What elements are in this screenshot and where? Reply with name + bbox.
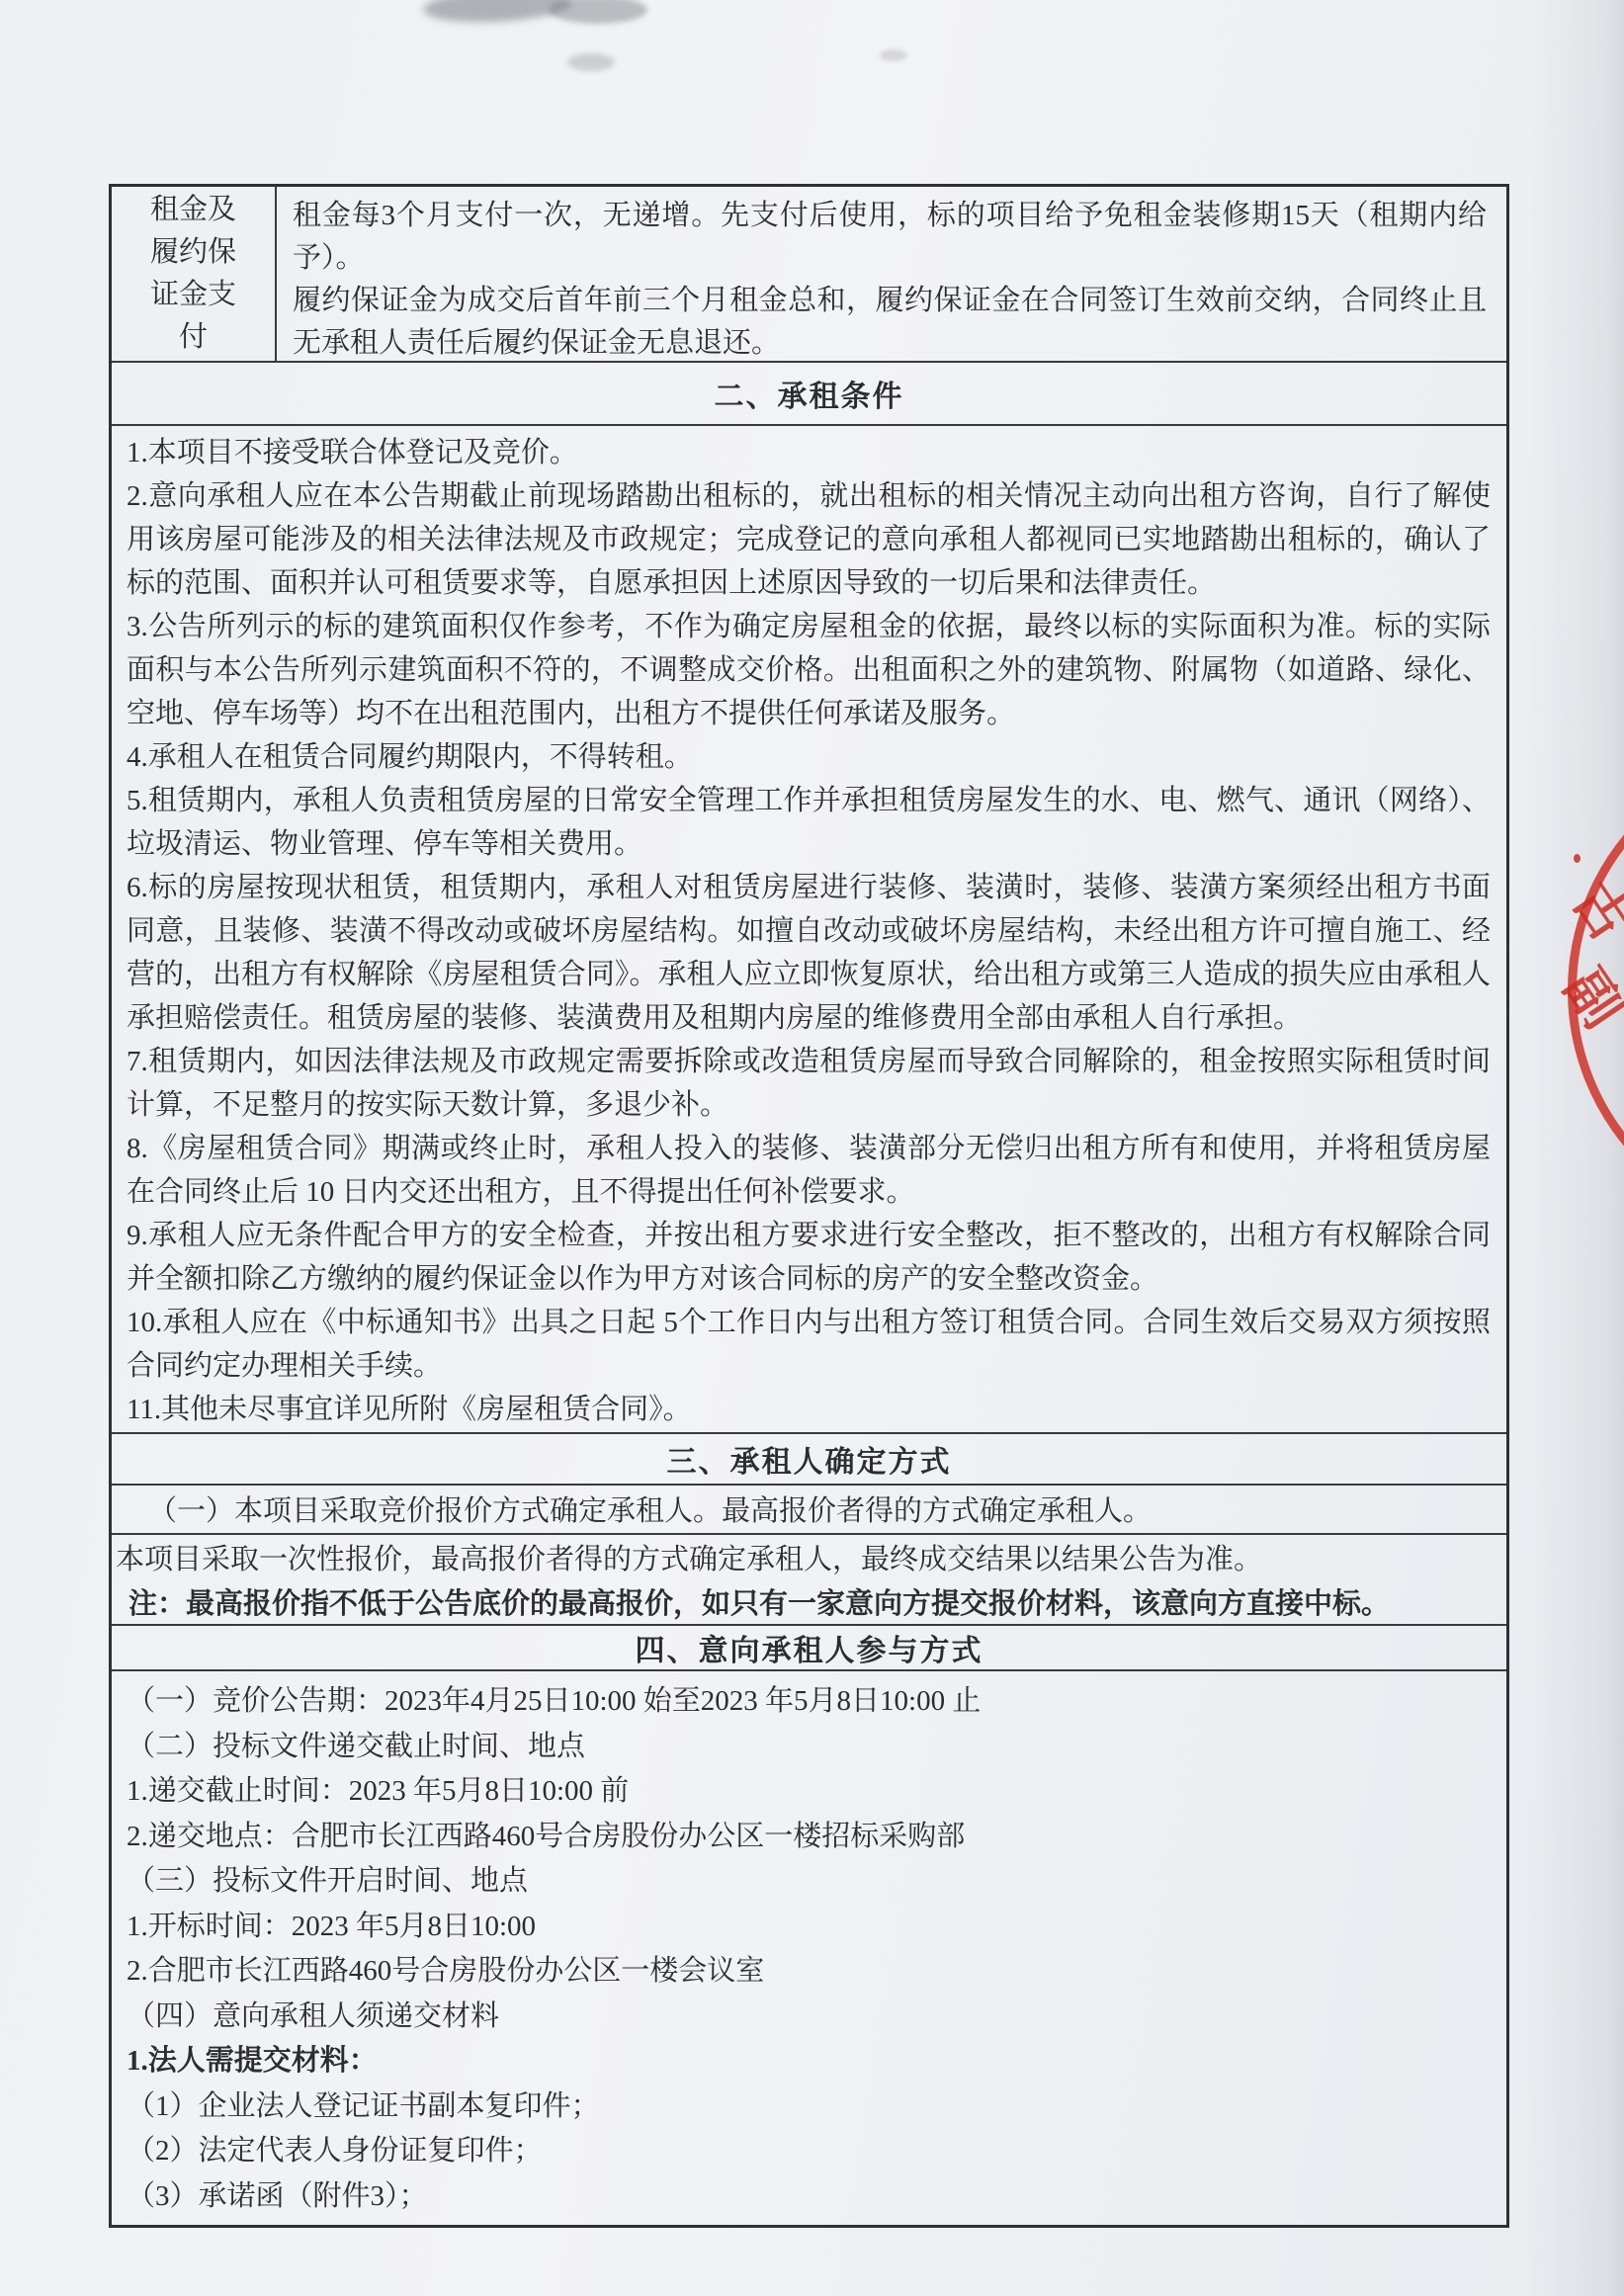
material-item-3: （3）承诺函（附件3）； — [127, 2174, 1491, 2220]
section2-title: 二、承租条件 — [715, 372, 904, 415]
condition-item-4: 4.承租人在租赁合同履约期限内，不得转租。 — [127, 735, 1491, 779]
opening-location: 2.合肥市长江西路460号合房股份办公区一楼会议室 — [127, 1949, 1491, 1995]
condition-item-8: 8.《房屋租赁合同》期满或终止时，承租人投入的装修、装潢部分无偿归出租方所有和使… — [127, 1127, 1491, 1214]
announcement-table: 租金及履约保证金支付 租金每3个月支付一次，无递增。先支付后使用，标的项目给予免… — [109, 184, 1509, 2228]
section4-body: （一）竞价公告期：2023年4月25日10:00 始至2023 年5月8日10:… — [112, 1669, 1506, 2225]
scan-smudge — [549, 0, 647, 24]
condition-item-1: 1.本项目不接受联合体登记及竞价。 — [127, 431, 1491, 474]
section3-row1: （一）本项目采取竞价报价方式确定承租人。最高报价者得的方式确定承租人。 — [112, 1484, 1506, 1533]
condition-item-10: 10.承租人应在《中标通知书》出具之日起 5个工作日内与出租方签订租赁合同。合同… — [127, 1301, 1491, 1388]
condition-item-9: 9.承租人应无条件配合甲方的安全检查，并按出租方要求进行安全整改，拒不整改的，出… — [127, 1214, 1491, 1301]
scan-smudge — [567, 53, 615, 71]
scan-smudge — [880, 49, 907, 61]
section2-header: 二、承租条件 — [112, 361, 1506, 424]
seal-dot-icon — [1574, 854, 1581, 863]
deposit-paragraph: 履约保证金为成交后首年前三个月租金总和，履约保证金在合同签订生效前交纳，合同终止… — [293, 280, 1487, 361]
section4-header: 四、意向承租人参与方式 — [112, 1624, 1506, 1669]
section3-row2: 本项目采取一次性报价，最高报价者得的方式确定承租人，最终成交结果以结果公告为准。… — [112, 1533, 1506, 1624]
section4-title: 四、意向承租人参与方式 — [636, 1626, 983, 1669]
opening-time: 1.开标时间：2023 年5月8日10:00 — [127, 1905, 1491, 1950]
condition-item-5: 5.租赁期内，承租人负责租赁房屋的日常安全管理工作并承担租赁房屋发生的水、电、燃… — [127, 779, 1491, 866]
one-time-bid-line: 本项目采取一次性报价，最高报价者得的方式确定承租人，最终成交结果以结果公告为准。 — [116, 1538, 1491, 1582]
scanned-document-page: 租金及履约保证金支付 租金每3个月支付一次，无递增。先支付后使用，标的项目给予免… — [0, 0, 1624, 2296]
material-item-1: （1）企业法人登记证书副本复印件； — [127, 2084, 1491, 2130]
bid-period-line: （一）竞价公告期：2023年4月25日10:00 始至2023 年5月8日10:… — [127, 1679, 1491, 1725]
section2-body: 1.本项目不接受联合体登记及竞价。 2.意向承租人应在本公告期截止前现场踏勘出租… — [112, 424, 1506, 1432]
condition-item-3: 3.公告所列示的标的建筑面积仅作参考，不作为确定房屋租金的依据，最终以标的实际面… — [127, 605, 1491, 735]
opening-time-heading: （三）投标文件开启时间、地点 — [127, 1859, 1491, 1905]
payment-row-content: 租金每3个月支付一次，无递增。先支付后使用，标的项目给予免租金装修期15天（租期… — [277, 187, 1506, 361]
section3-header: 三、承租人确定方式 — [112, 1432, 1506, 1484]
condition-item-7: 7.租赁期内，如因法律法规及市政规定需要拆除或改造租赁房屋而导致合同解除的，租金… — [127, 1040, 1491, 1127]
condition-item-2: 2.意向承租人应在本公告期截止前现场踏勘出租标的，就出租标的相关情况主动向出租方… — [127, 474, 1491, 605]
section3-title: 三、承租人确定方式 — [667, 1437, 952, 1481]
submission-deadline-heading: （二）投标文件递交截止时间、地点 — [127, 1725, 1491, 1770]
payment-label-text: 租金及履约保证金支付 — [149, 189, 238, 359]
submission-deadline-time: 1.递交截止时间：2023 年5月8日10:00 前 — [127, 1769, 1491, 1815]
materials-heading: （四）意向承租人须递交材料 — [127, 1995, 1491, 2040]
payment-row-label: 租金及履约保证金支付 — [112, 187, 277, 361]
highest-bid-note: 注：最高报价指不低于公告底价的最高报价，如只有一家意向方提交报价材料，该意向方直… — [128, 1582, 1491, 1624]
legal-person-materials-heading: 1.法人需提交材料： — [127, 2039, 1491, 2084]
payment-row: 租金及履约保证金支付 租金每3个月支付一次，无递增。先支付后使用，标的项目给予免… — [112, 187, 1506, 361]
material-item-2: （2）法定代表人身份证复印件； — [127, 2129, 1491, 2174]
condition-item-11: 11.其他未尽事宜详见所附《房屋租赁合同》。 — [127, 1388, 1491, 1431]
condition-item-6: 6.标的房屋按现状租赁，租赁期内，承租人对租赁房屋进行装修、装潢时，装修、装潢方… — [127, 866, 1491, 1040]
pricing-method-line: （一）本项目采取竞价报价方式确定承租人。最高报价者得的方式确定承租人。 — [148, 1491, 1491, 1531]
submission-location: 2.递交地点：合肥市长江西路460号合房股份办公区一楼招标采购部 — [127, 1815, 1491, 1860]
rent-payment-paragraph: 租金每3个月支付一次，无递增。先支付后使用，标的项目给予免租金装修期15天（租期… — [293, 195, 1487, 280]
